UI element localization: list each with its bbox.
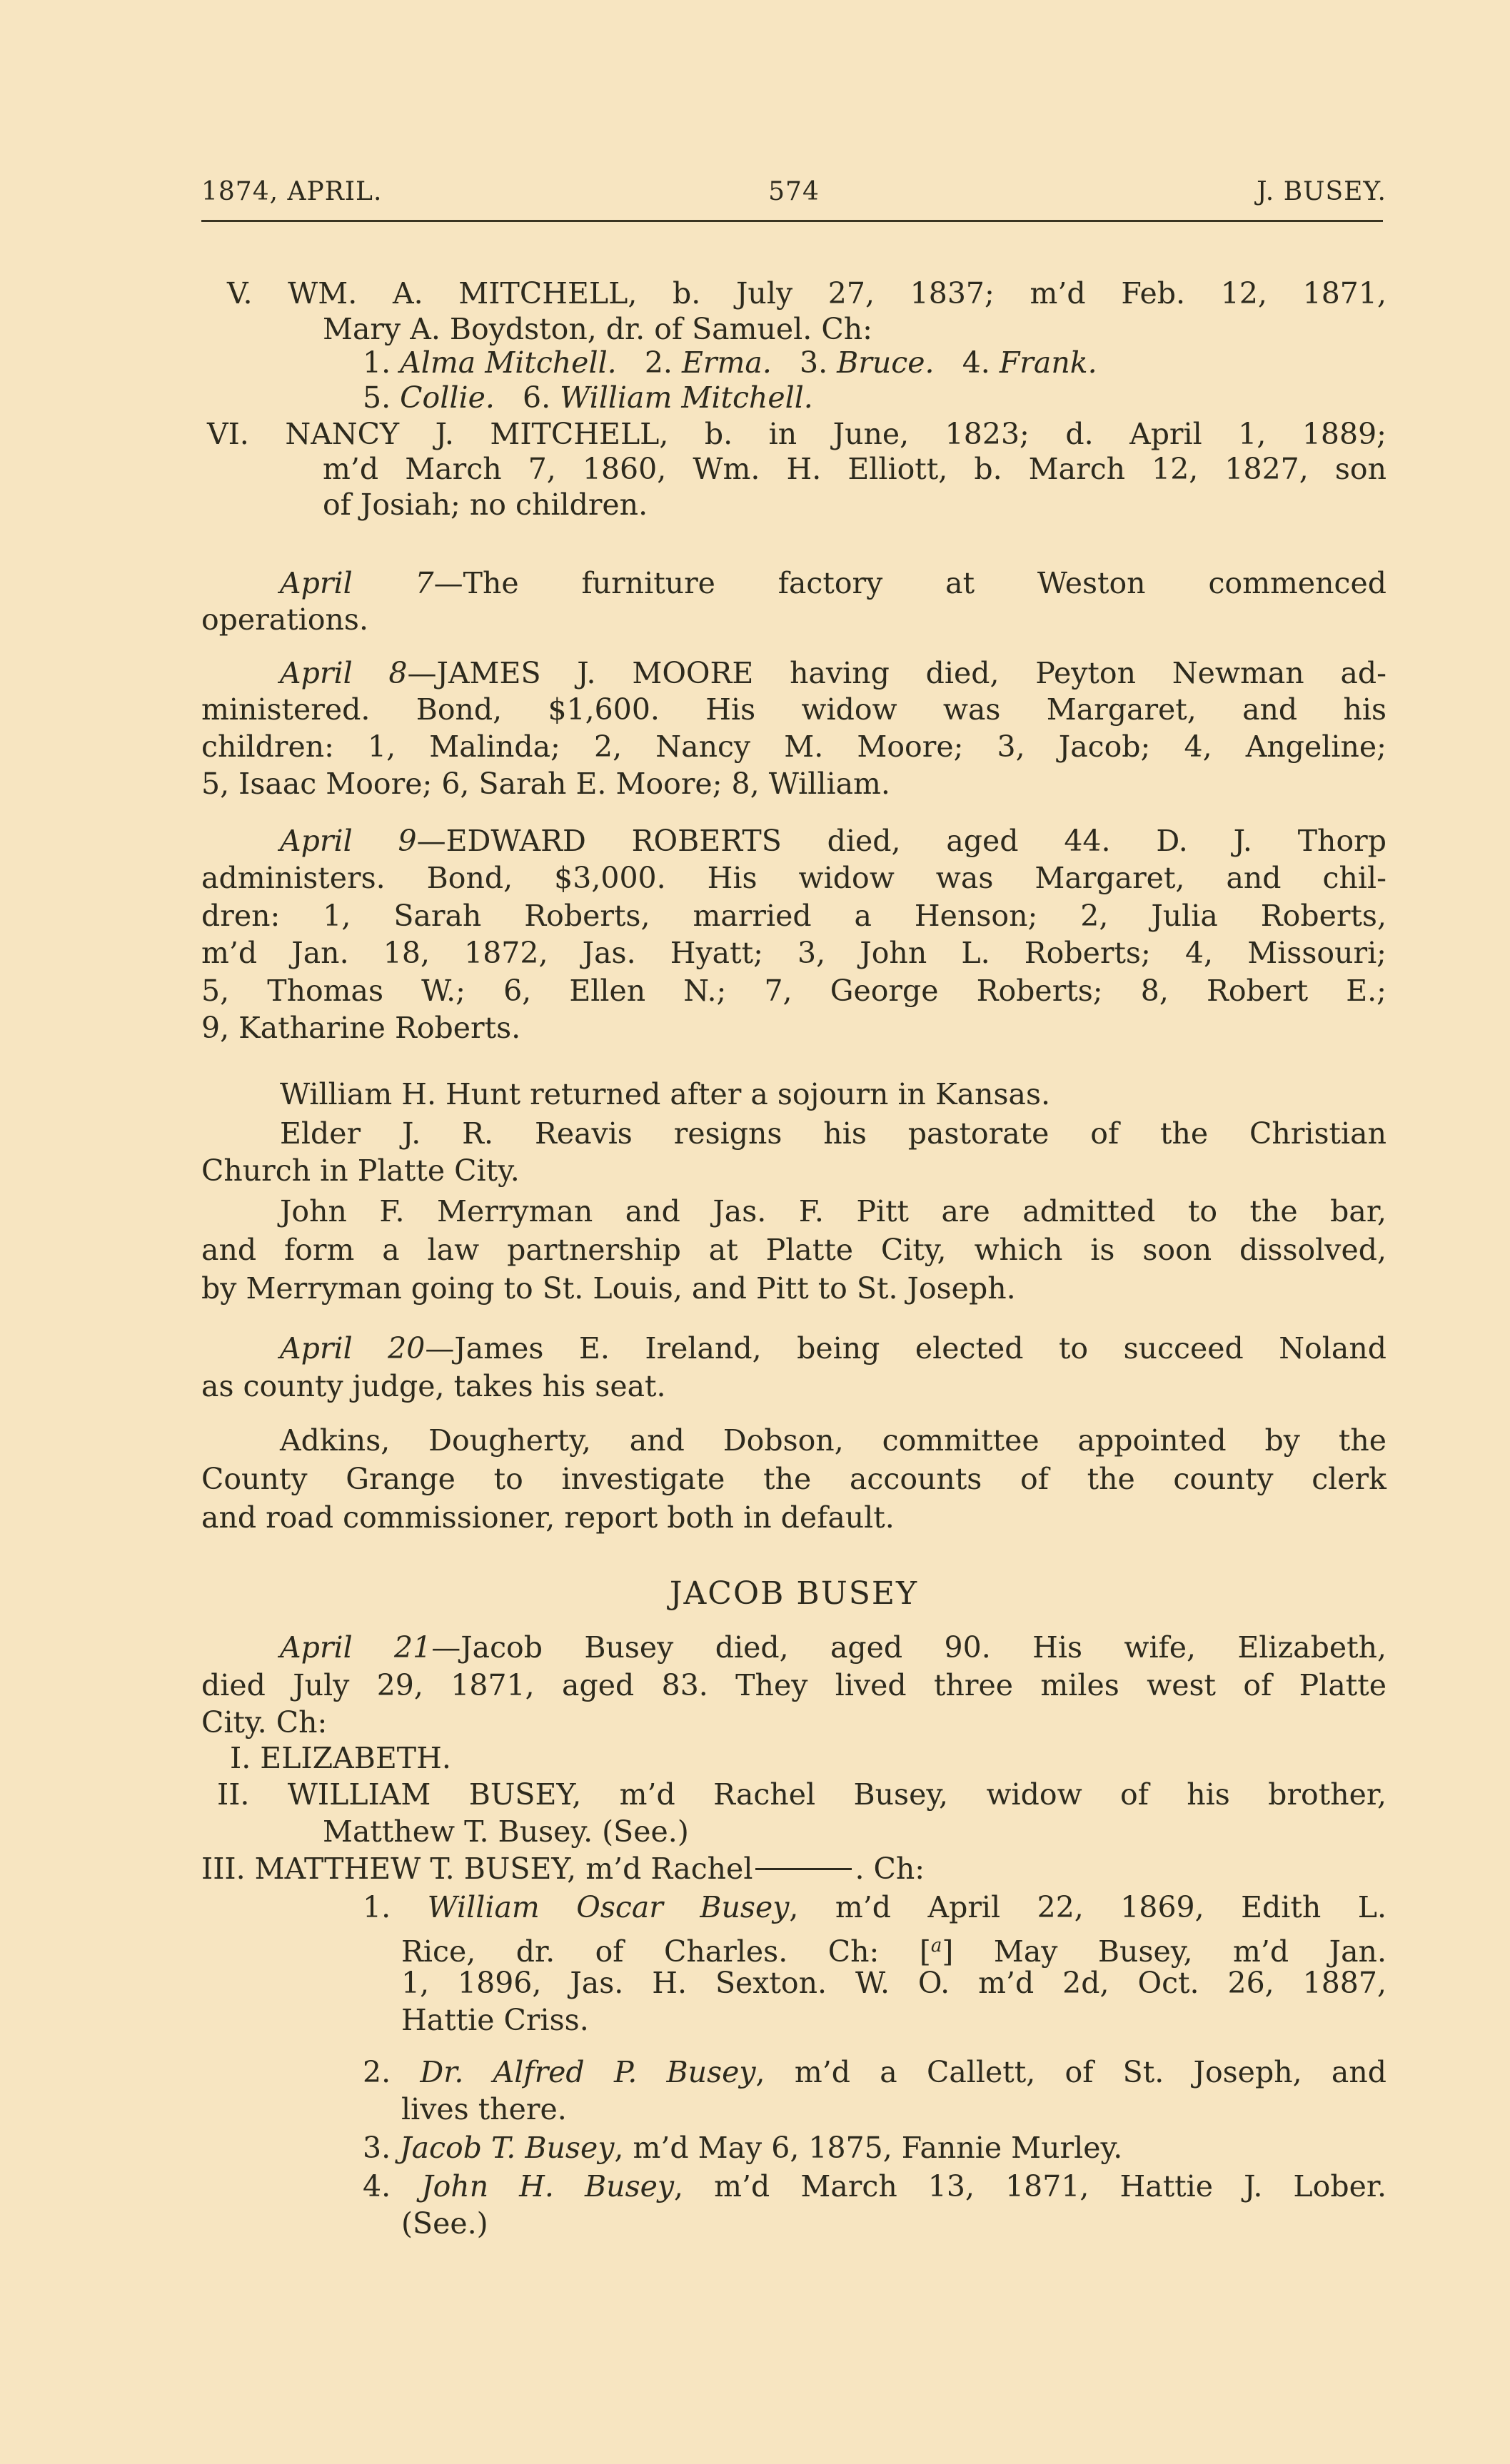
child-name: Collie. (400, 380, 495, 415)
blank-surname-dash (755, 1868, 852, 1870)
entry-v-children-1: 1. Alma Mitchell. 2. Erma. 3. Bruce. 4. … (363, 345, 1510, 380)
page-number: 574 (201, 177, 1386, 206)
grandchild-2-line2: lives there. (401, 2091, 1510, 2127)
entry-date: April 20 (280, 1331, 425, 1365)
entry-adkins-line3: and road commissioner, report both in de… (201, 1500, 1386, 1535)
entry-merryman-line1: John F. Merryman and Jas. F. Pitt are ad… (280, 1193, 1386, 1229)
entry-april21-line3: City. Ch: (201, 1705, 1386, 1740)
entry-april8-line2: ministered. Bond, $1,600. His widow was … (201, 692, 1386, 727)
entry-vi-line3: of Josiah; no children. (323, 487, 1508, 522)
grandchild-name: Dr. Alfred P. Busey (420, 2055, 755, 2089)
entry-april9-line1: April 9—EDWARD ROBERTS died, aged 44. D.… (280, 823, 1386, 859)
entry-april8-line3: children: 1, Malinda; 2, Nancy M. Moore;… (201, 729, 1386, 764)
grandchild-1-line2: Rice, dr. of Charles. Ch: [a] May Busey,… (401, 1928, 1386, 1969)
entry-april20-line1: April 20—James E. Ireland, being elected… (280, 1331, 1386, 1366)
entry-vi-line2: m’d March 7, 1860, Wm. H. Elliott, b. Ma… (323, 451, 1386, 487)
entry-reavis-line1: Elder J. R. Reavis resigns his pastorate… (280, 1116, 1386, 1151)
entry-v-children-2: 5. Collie. 6. William Mitchell. (363, 380, 1510, 415)
entry-april7-line1: April 7—The furniture factory at Weston … (280, 565, 1386, 601)
entry-reavis-line2: Church in Platte City. (201, 1153, 1386, 1188)
entry-vi-line1: VI. NANCY J. MITCHELL, b. in June, 1823;… (207, 416, 1386, 452)
grandchild-1-line3: 1, 1896, Jas. H. Sexton. W. O. m’d 2d, O… (401, 1965, 1386, 2001)
grandchild-name: Jacob T. Busey (400, 2131, 614, 2165)
running-head-title: J. BUSEY. (1257, 177, 1386, 206)
entry-april9-line3: dren: 1, Sarah Roberts, married a Henson… (201, 898, 1386, 934)
grandchild-name: John H. Busey (421, 2169, 674, 2203)
grandchild-4-line2: (See.) (401, 2206, 1510, 2241)
entry-adkins-line2: County Grange to investigate the account… (201, 1461, 1386, 1497)
grandchild-3-line1: 3. Jacob T. Busey, m’d May 6, 1875, Fann… (363, 2130, 1510, 2166)
entry-v-line1: V. WM. A. MITCHELL, b. July 27, 1837; m’… (227, 276, 1386, 311)
grandchild-4-line1: 4. John H. Busey, m’d March 13, 1871, Ha… (363, 2168, 1386, 2204)
entry-april9-line6: 9, Katharine Roberts. (201, 1010, 1386, 1046)
entry-date: April 9 (280, 824, 417, 858)
entry-april9-line5: 5, Thomas W.; 6, Ellen N.; 7, George Rob… (201, 973, 1386, 1009)
running-head: 1874, APRIL. 574 J. BUSEY. (201, 177, 1386, 208)
child-name: Frank. (1000, 345, 1097, 380)
entry-april20-line2: as county judge, takes his seat. (201, 1368, 1386, 1404)
entry-april9-line2: administers. Bond, $3,000. His widow was… (201, 860, 1386, 896)
entry-merryman-line3: by Merryman going to St. Louis, and Pitt… (201, 1271, 1386, 1306)
entry-adkins-line1: Adkins, Dougherty, and Dobson, committee… (280, 1423, 1386, 1458)
entry-v-line2: Mary A. Boydston, dr. of Samuel. Ch: (323, 311, 1508, 347)
entry-hunt: William H. Hunt returned after a sojourn… (280, 1076, 1465, 1112)
entry-date: April 8 (280, 656, 408, 690)
child-iii-line1: III. MATTHEW T. BUSEY, m’d Rachel. Ch: (201, 1851, 1386, 1887)
entry-date: April 21 (280, 1630, 431, 1665)
entry-april21-line1: April 21—Jacob Busey died, aged 90. His … (280, 1630, 1386, 1665)
entry-date: April 7 (280, 566, 434, 600)
child-ii-line1: II. WILLIAM BUSEY, m’d Rachel Busey, wid… (217, 1777, 1386, 1812)
entry-april8-line4: 5, Isaac Moore; 6, Sarah E. Moore; 8, Wi… (201, 766, 1386, 802)
section-heading-jacob-busey: JACOB BUSEY (201, 1576, 1386, 1612)
header-rule (201, 220, 1383, 222)
grandchild-2-line1: 2. Dr. Alfred P. Busey, m’d a Callett, o… (363, 2054, 1386, 2090)
child-name: Erma. (682, 345, 772, 380)
child-name: Alma Mitchell. (400, 345, 617, 380)
child-i: I. ELIZABETH. (230, 1740, 1415, 1776)
child-name: Bruce. (837, 345, 934, 380)
grandchild-1-line1: 1. William Oscar Busey, m’d April 22, 18… (363, 1889, 1386, 1925)
child-ii-line2: Matthew T. Busey. (See.) (323, 1814, 1508, 1849)
entry-april7-line2: operations. (201, 602, 1386, 637)
entry-april21-line2: died July 29, 1871, aged 83. They lived … (201, 1667, 1386, 1703)
entry-april8-line1: April 8—JAMES J. MOORE having died, Peyt… (280, 655, 1386, 691)
grandchild-1-line4: Hattie Criss. (401, 2002, 1510, 2038)
entry-merryman-line2: and form a law partnership at Platte Cit… (201, 1232, 1386, 1268)
child-name: William Mitchell. (560, 380, 813, 415)
grandchild-name: William Oscar Busey (428, 1890, 790, 1924)
footnote-marker: a (931, 1935, 942, 1956)
entry-april9-line4: m’d Jan. 18, 1872, Jas. Hyatt; 3, John L… (201, 935, 1386, 971)
